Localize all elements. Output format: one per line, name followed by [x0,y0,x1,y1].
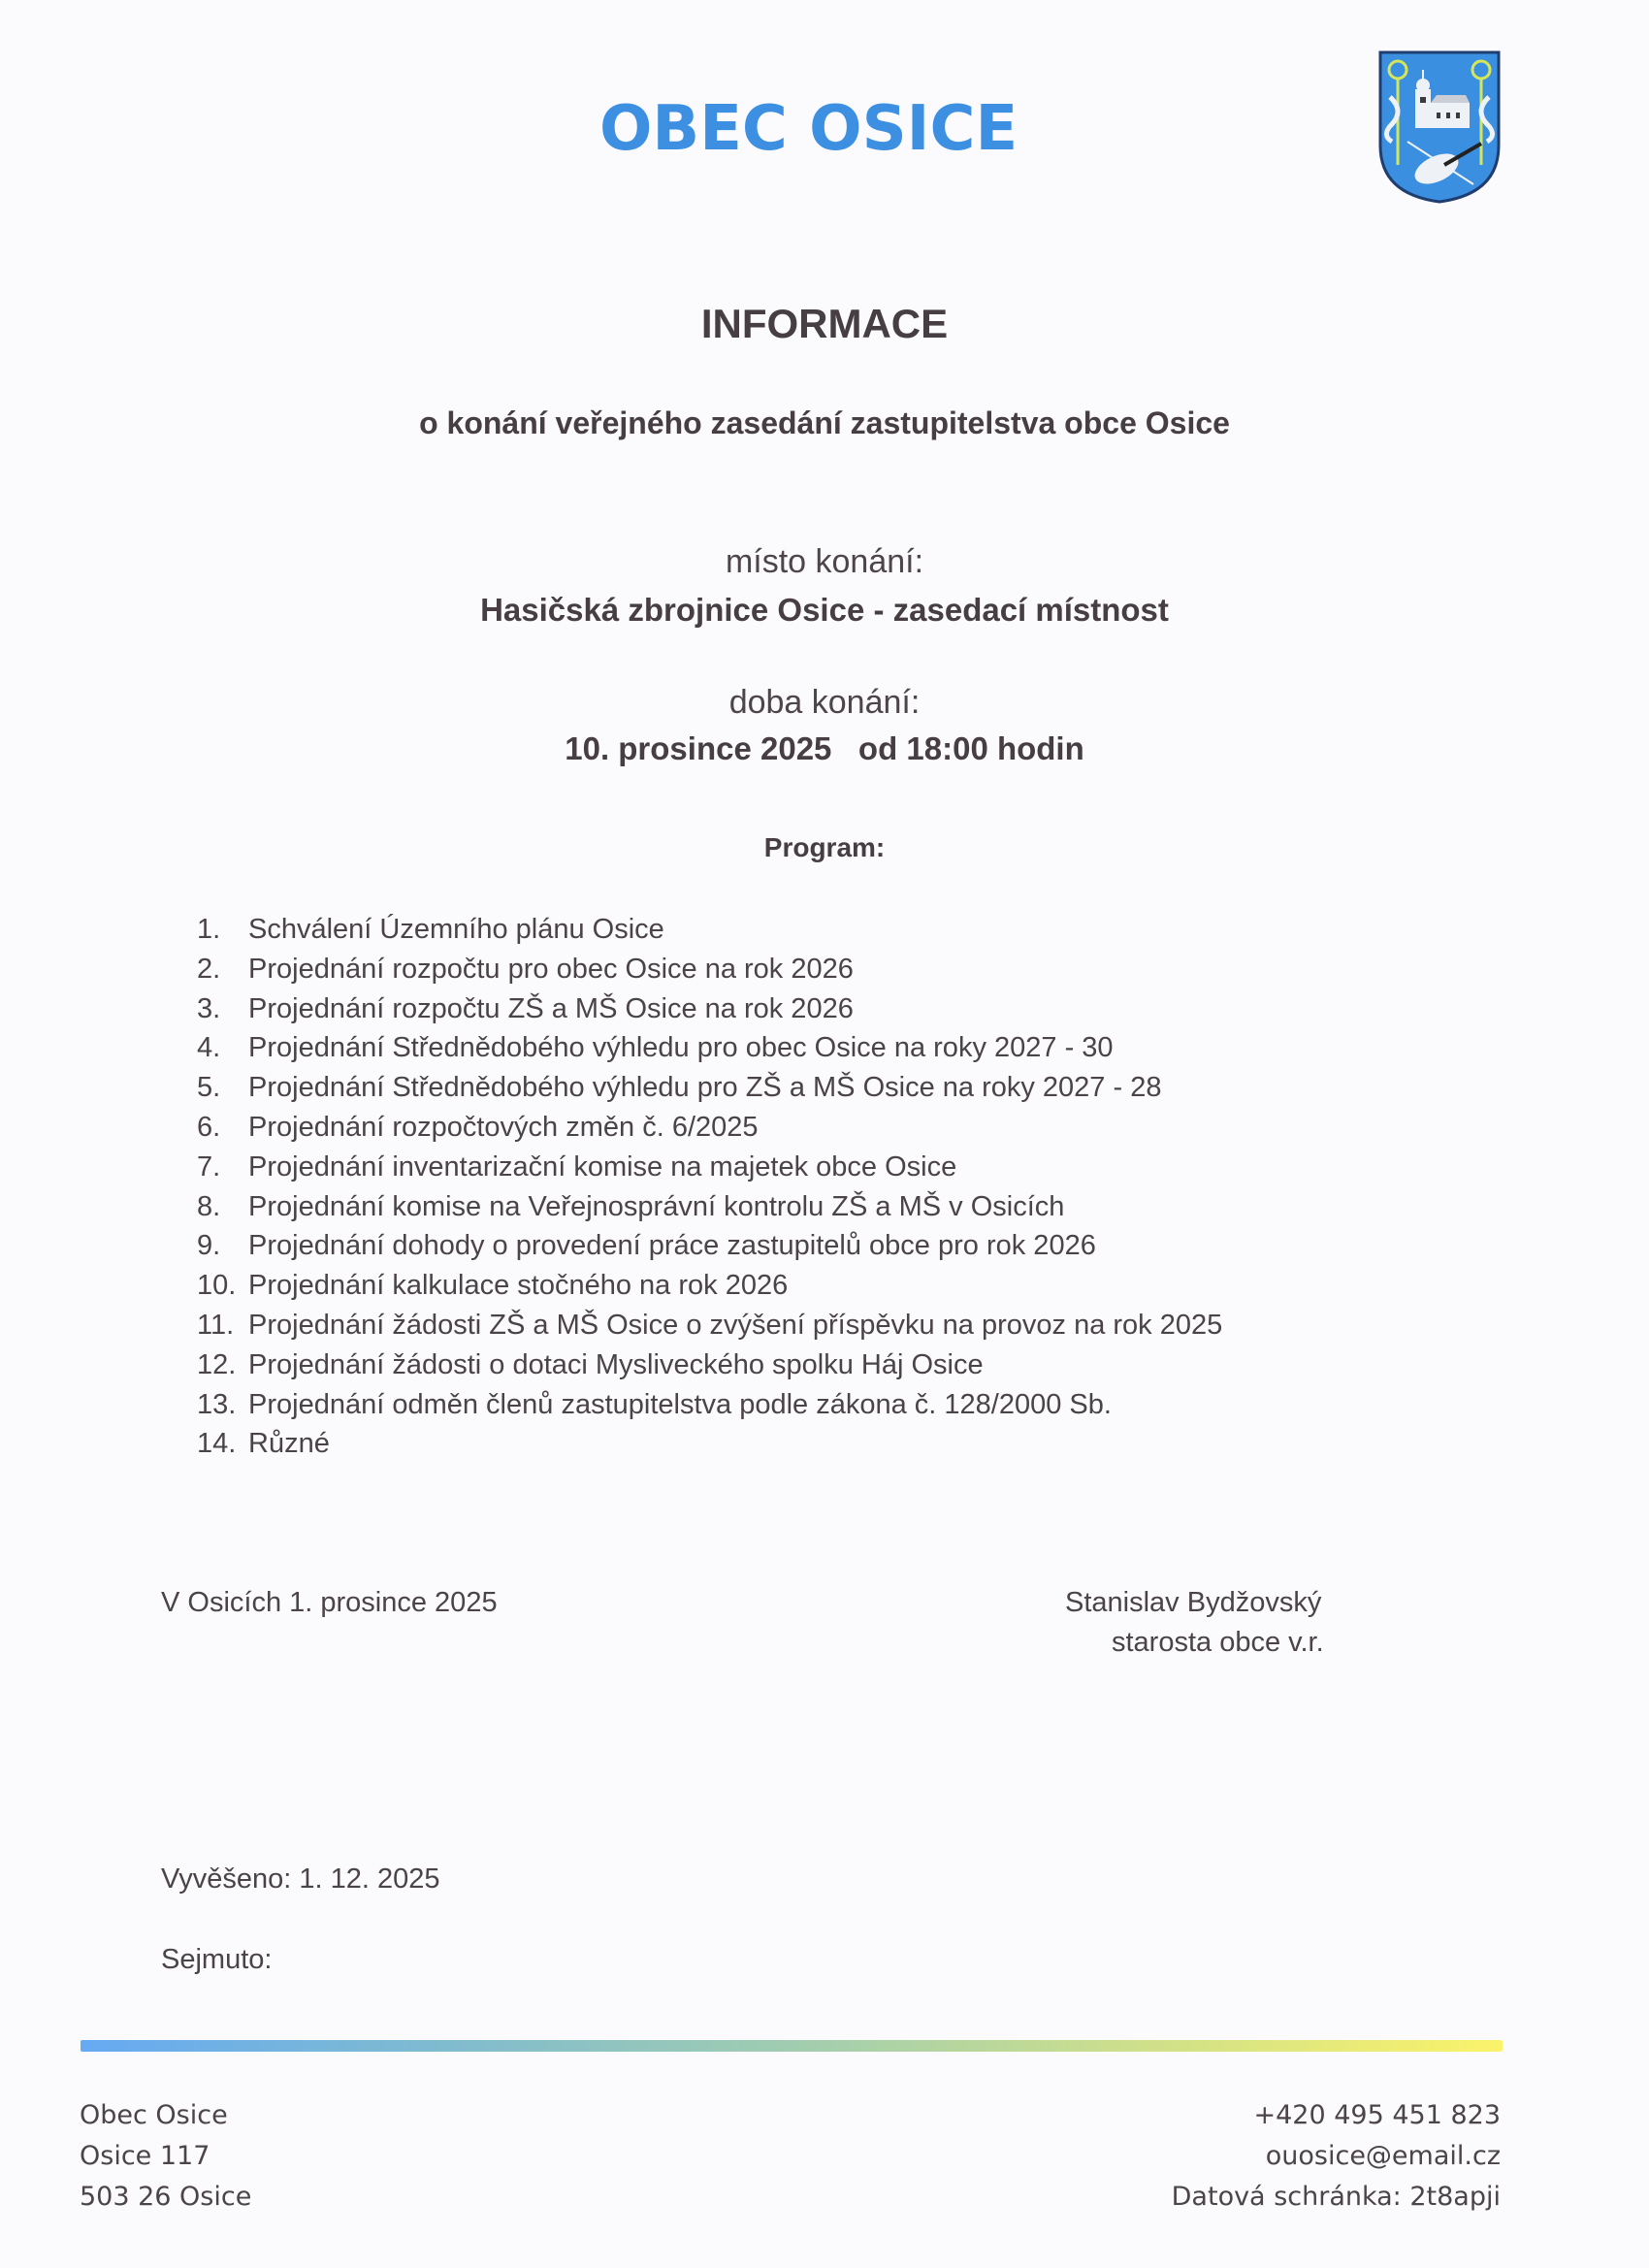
list-item: 7.Projednání inventarizační komise na ma… [197,1148,1222,1187]
item-text: Projednání komise na Veřejnosprávní kont… [248,1187,1064,1227]
list-item: 4.Projednání Střednědobého výhledu pro o… [197,1028,1222,1068]
place-value: Hasičská zbrojnice Osice - zasedací míst… [0,592,1649,629]
footer-address: Obec Osice Osice 117 503 26 Osice [80,2095,251,2218]
item-number: 3. [197,989,248,1029]
removed-date: Sejmuto: [161,1944,272,1976]
item-text: Projednání žádosti o dotaci Mysliveckého… [248,1345,984,1385]
date-place: V Osicích 1. prosince 2025 [161,1587,498,1619]
item-text: Projednání dohody o provedení práce zast… [248,1226,1096,1266]
coat-of-arms-icon [1376,49,1503,206]
list-item: 12.Projednání žádosti o dotaci Mysliveck… [197,1345,1222,1385]
footer-street: Osice 117 [80,2136,251,2177]
item-number: 8. [197,1187,248,1227]
list-item: 6.Projednání rozpočtových změn č. 6/2025 [197,1108,1222,1148]
item-number: 4. [197,1028,248,1068]
item-text: Projednání inventarizační komise na maje… [248,1148,956,1187]
item-number: 2. [197,950,248,989]
notice-subtitle: o konání veřejného zasedání zastupitelst… [0,405,1649,441]
item-number: 10. [197,1266,248,1306]
item-text: Projednání žádosti ZŠ a MŠ Osice o zvýše… [248,1306,1222,1345]
time-label: doba konání: [0,684,1649,722]
item-text: Projednání odměn členů zastupitelstva po… [248,1385,1112,1425]
item-text: Projednání Střednědobého výhledu pro obe… [248,1028,1114,1068]
notice-title: INFORMACE [0,301,1649,347]
time-value: 10. prosince 2025 od 18:00 hodin [0,730,1649,767]
place-label: místo konání: [0,543,1649,581]
footer-org: Obec Osice [80,2095,251,2136]
item-number: 6. [197,1108,248,1148]
brand-title: OBEC OSICE [599,93,1018,165]
list-item: 8.Projednání komise na Veřejnosprávní ko… [197,1187,1222,1227]
item-number: 1. [197,910,248,950]
footer-divider [81,2040,1503,2052]
list-item: 14.Různé [197,1424,1222,1464]
item-text: Schválení Územního plánu Osice [248,910,664,950]
list-item: 11.Projednání žádosti ZŠ a MŠ Osice o zv… [197,1306,1222,1345]
list-item: 5.Projednání Střednědobého výhledu pro Z… [197,1068,1222,1108]
item-text: Projednání rozpočtu ZŠ a MŠ Osice na rok… [248,989,854,1029]
item-text: Projednání rozpočtu pro obec Osice na ro… [248,950,854,989]
footer-databox: Datová schránka: 2t8apji [1172,2177,1501,2218]
signer-name: Stanislav Bydžovský [1065,1587,1321,1619]
item-text: Projednání kalkulace stočného na rok 202… [248,1266,788,1306]
item-number: 12. [197,1345,248,1385]
list-item: 3.Projednání rozpočtu ZŠ a MŠ Osice na r… [197,989,1222,1029]
list-item: 1.Schválení Územního plánu Osice [197,910,1222,950]
item-text: Projednání Střednědobého výhledu pro ZŠ … [248,1068,1161,1108]
program-title: Program: [0,832,1649,863]
footer-contact: +420 495 451 823 ouosice@email.cz Datová… [1172,2095,1501,2218]
footer-email[interactable]: ouosice@email.cz [1172,2136,1501,2177]
posted-date: Vyvěšeno: 1. 12. 2025 [161,1863,440,1895]
item-number: 13. [197,1385,248,1425]
item-number: 9. [197,1226,248,1266]
item-number: 11. [197,1306,248,1345]
item-number: 7. [197,1148,248,1187]
item-text: Různé [248,1424,330,1464]
item-number: 5. [197,1068,248,1108]
list-item: 13.Projednání odměn členů zastupitelstva… [197,1385,1222,1425]
list-item: 2.Projednání rozpočtu pro obec Osice na … [197,950,1222,989]
list-item: 10.Projednání kalkulace stočného na rok … [197,1266,1222,1306]
footer-city: 503 26 Osice [80,2177,251,2218]
signer-role: starosta obce v.r. [1112,1627,1324,1659]
list-item: 9.Projednání dohody o provedení práce za… [197,1226,1222,1266]
footer-phone[interactable]: +420 495 451 823 [1172,2095,1501,2136]
item-text: Projednání rozpočtových změn č. 6/2025 [248,1108,759,1148]
program-list: 1.Schválení Územního plánu Osice 2.Proje… [197,910,1222,1464]
item-number: 14. [197,1424,248,1464]
